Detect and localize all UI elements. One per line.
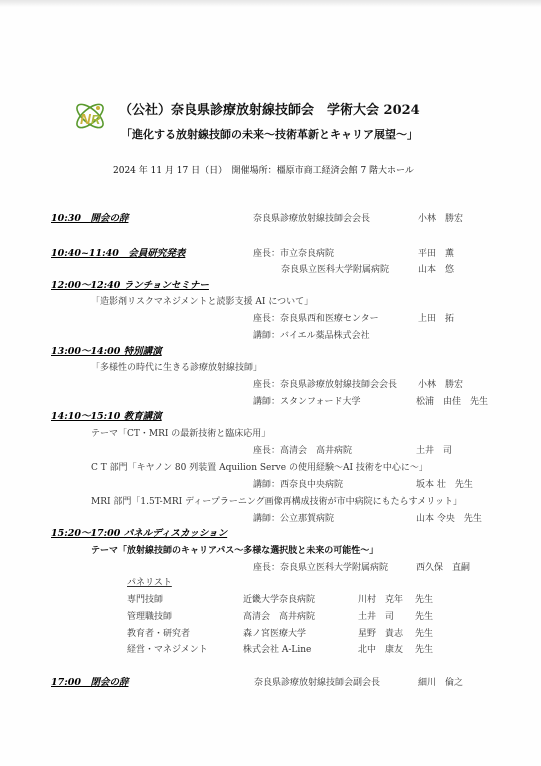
education-lecture-topic: テーマ「CT・MRI の最新技術と臨床応用」 — [91, 428, 270, 440]
panelist-org: 高清会 高井病院 — [243, 611, 315, 623]
panelist-category: 管理職技師 — [127, 611, 172, 623]
chair-name: 山本 悠 — [418, 264, 454, 276]
chair-name: 西久保 直嗣 — [416, 562, 470, 574]
session-closing-heading: 17:00 閉会の辞 — [51, 677, 128, 689]
panelist-org: 株式会社 A-Line — [243, 644, 311, 656]
opening-speaker-role: 奈良県診療放射線技師会会長 — [253, 213, 370, 225]
chair-name: 土井 司 — [416, 445, 452, 457]
panelist-name: 川村 克年 — [358, 594, 403, 606]
special-lecture-topic: 「多様性の時代に生きる診療放射線技師」 — [91, 362, 262, 374]
session-special-lecture-heading: 13:00～14:00 特別講演 — [51, 346, 162, 358]
date-venue: 2024 年 11 月 17 日（日） 開催場所：橿原市商工経済会館 7 階大ホ… — [113, 165, 414, 177]
ct-part-title: C T 部門「キヤノン 80 列装置 Aquilion Serve の使用経験～… — [91, 462, 428, 474]
nrt-logo-icon: N R — [72, 98, 108, 134]
chair-name: 小林 勝宏 — [418, 379, 463, 391]
opening-speaker-name: 小林 勝宏 — [418, 213, 463, 225]
chair-name: 上田 拓 — [418, 313, 454, 325]
closing-speaker-name: 細川 倫之 — [418, 677, 463, 689]
panelist-honorific: 先生 — [415, 611, 433, 623]
session-opening-heading: 10:30 開会の辞 — [51, 213, 128, 225]
panelists-label: パネリスト — [127, 577, 172, 589]
chair-name: 平田 薫 — [418, 248, 454, 260]
panelist-org: 近畿大学奈良病院 — [243, 594, 315, 606]
svg-text:R: R — [91, 112, 101, 127]
panelist-category: 経営・マネジメント — [127, 644, 208, 656]
panelist-honorific: 先生 — [415, 628, 433, 640]
lecturer-role: 講師：スタンフォード大学 — [253, 396, 361, 408]
panelist-org: 森ノ宮医療大学 — [243, 628, 306, 640]
panelist-honorific: 先生 — [415, 644, 433, 656]
luncheon-topic: 「造影剤リスクマネジメントと読影支援 AI について」 — [91, 296, 313, 308]
session-education-lecture-heading: 14:10～15:10 教育講演 — [51, 411, 162, 423]
panel-topic: テーマ「放射線技師のキャリアパス～多様な選択肢と未来の可能性～」 — [91, 545, 378, 557]
session-panel-discussion-heading: 15:20～17:00 パネルディスカッション — [51, 528, 227, 540]
lecturer-role: 講師：バイエル薬品株式会社 — [253, 330, 370, 342]
panelist-name: 土井 司 — [358, 611, 394, 623]
page-top-shadow — [0, 0, 541, 7]
lecturer-name: 山本 令央 先生 — [416, 513, 482, 525]
panelist-honorific: 先生 — [415, 594, 433, 606]
lecturer-role: 講師：西奈良中央病院 — [253, 479, 343, 491]
event-title: （公社）奈良県診療放射線技師会 学術大会 2024 — [119, 103, 420, 119]
event-theme: 「進化する放射線技師の未来～技術革新とキャリア展望～」 — [121, 128, 418, 142]
mri-part-title: MRI 部門「1.5T-MRI ディープラーニング画像再構成技術が市中病院にもた… — [91, 496, 462, 508]
session-member-research-heading: 10:40~11:40 会員研究発表 — [51, 248, 185, 260]
panelist-name: 北中 康友 — [358, 644, 403, 656]
panelist-category: 教育者・研究者 — [127, 628, 190, 640]
chair-role: 奈良県立医科大学附属病院 — [281, 264, 389, 276]
panelist-name: 星野 貴志 — [358, 628, 403, 640]
session-luncheon-heading: 12:00～12:40 ランチョンセミナー — [51, 280, 209, 292]
lecturer-role: 講師：公立那賀病院 — [253, 513, 334, 525]
panelist-category: 専門技師 — [127, 594, 163, 606]
chair-role: 座長：奈良県診療放射線技師会会長 — [253, 379, 397, 391]
chair-role: 座長：高清会 高井病院 — [253, 445, 352, 457]
closing-speaker-role: 奈良県診療放射線技師会副会長 — [254, 677, 380, 689]
lecturer-name: 松浦 由佳 先生 — [416, 396, 488, 408]
lecturer-name: 坂本 壮 先生 — [416, 479, 473, 491]
chair-role: 座長：市立奈良病院 — [253, 248, 334, 260]
chair-role: 座長：奈良県立医科大学附属病院 — [253, 562, 388, 574]
chair-role: 座長：奈良県西和医療センター — [253, 313, 379, 325]
